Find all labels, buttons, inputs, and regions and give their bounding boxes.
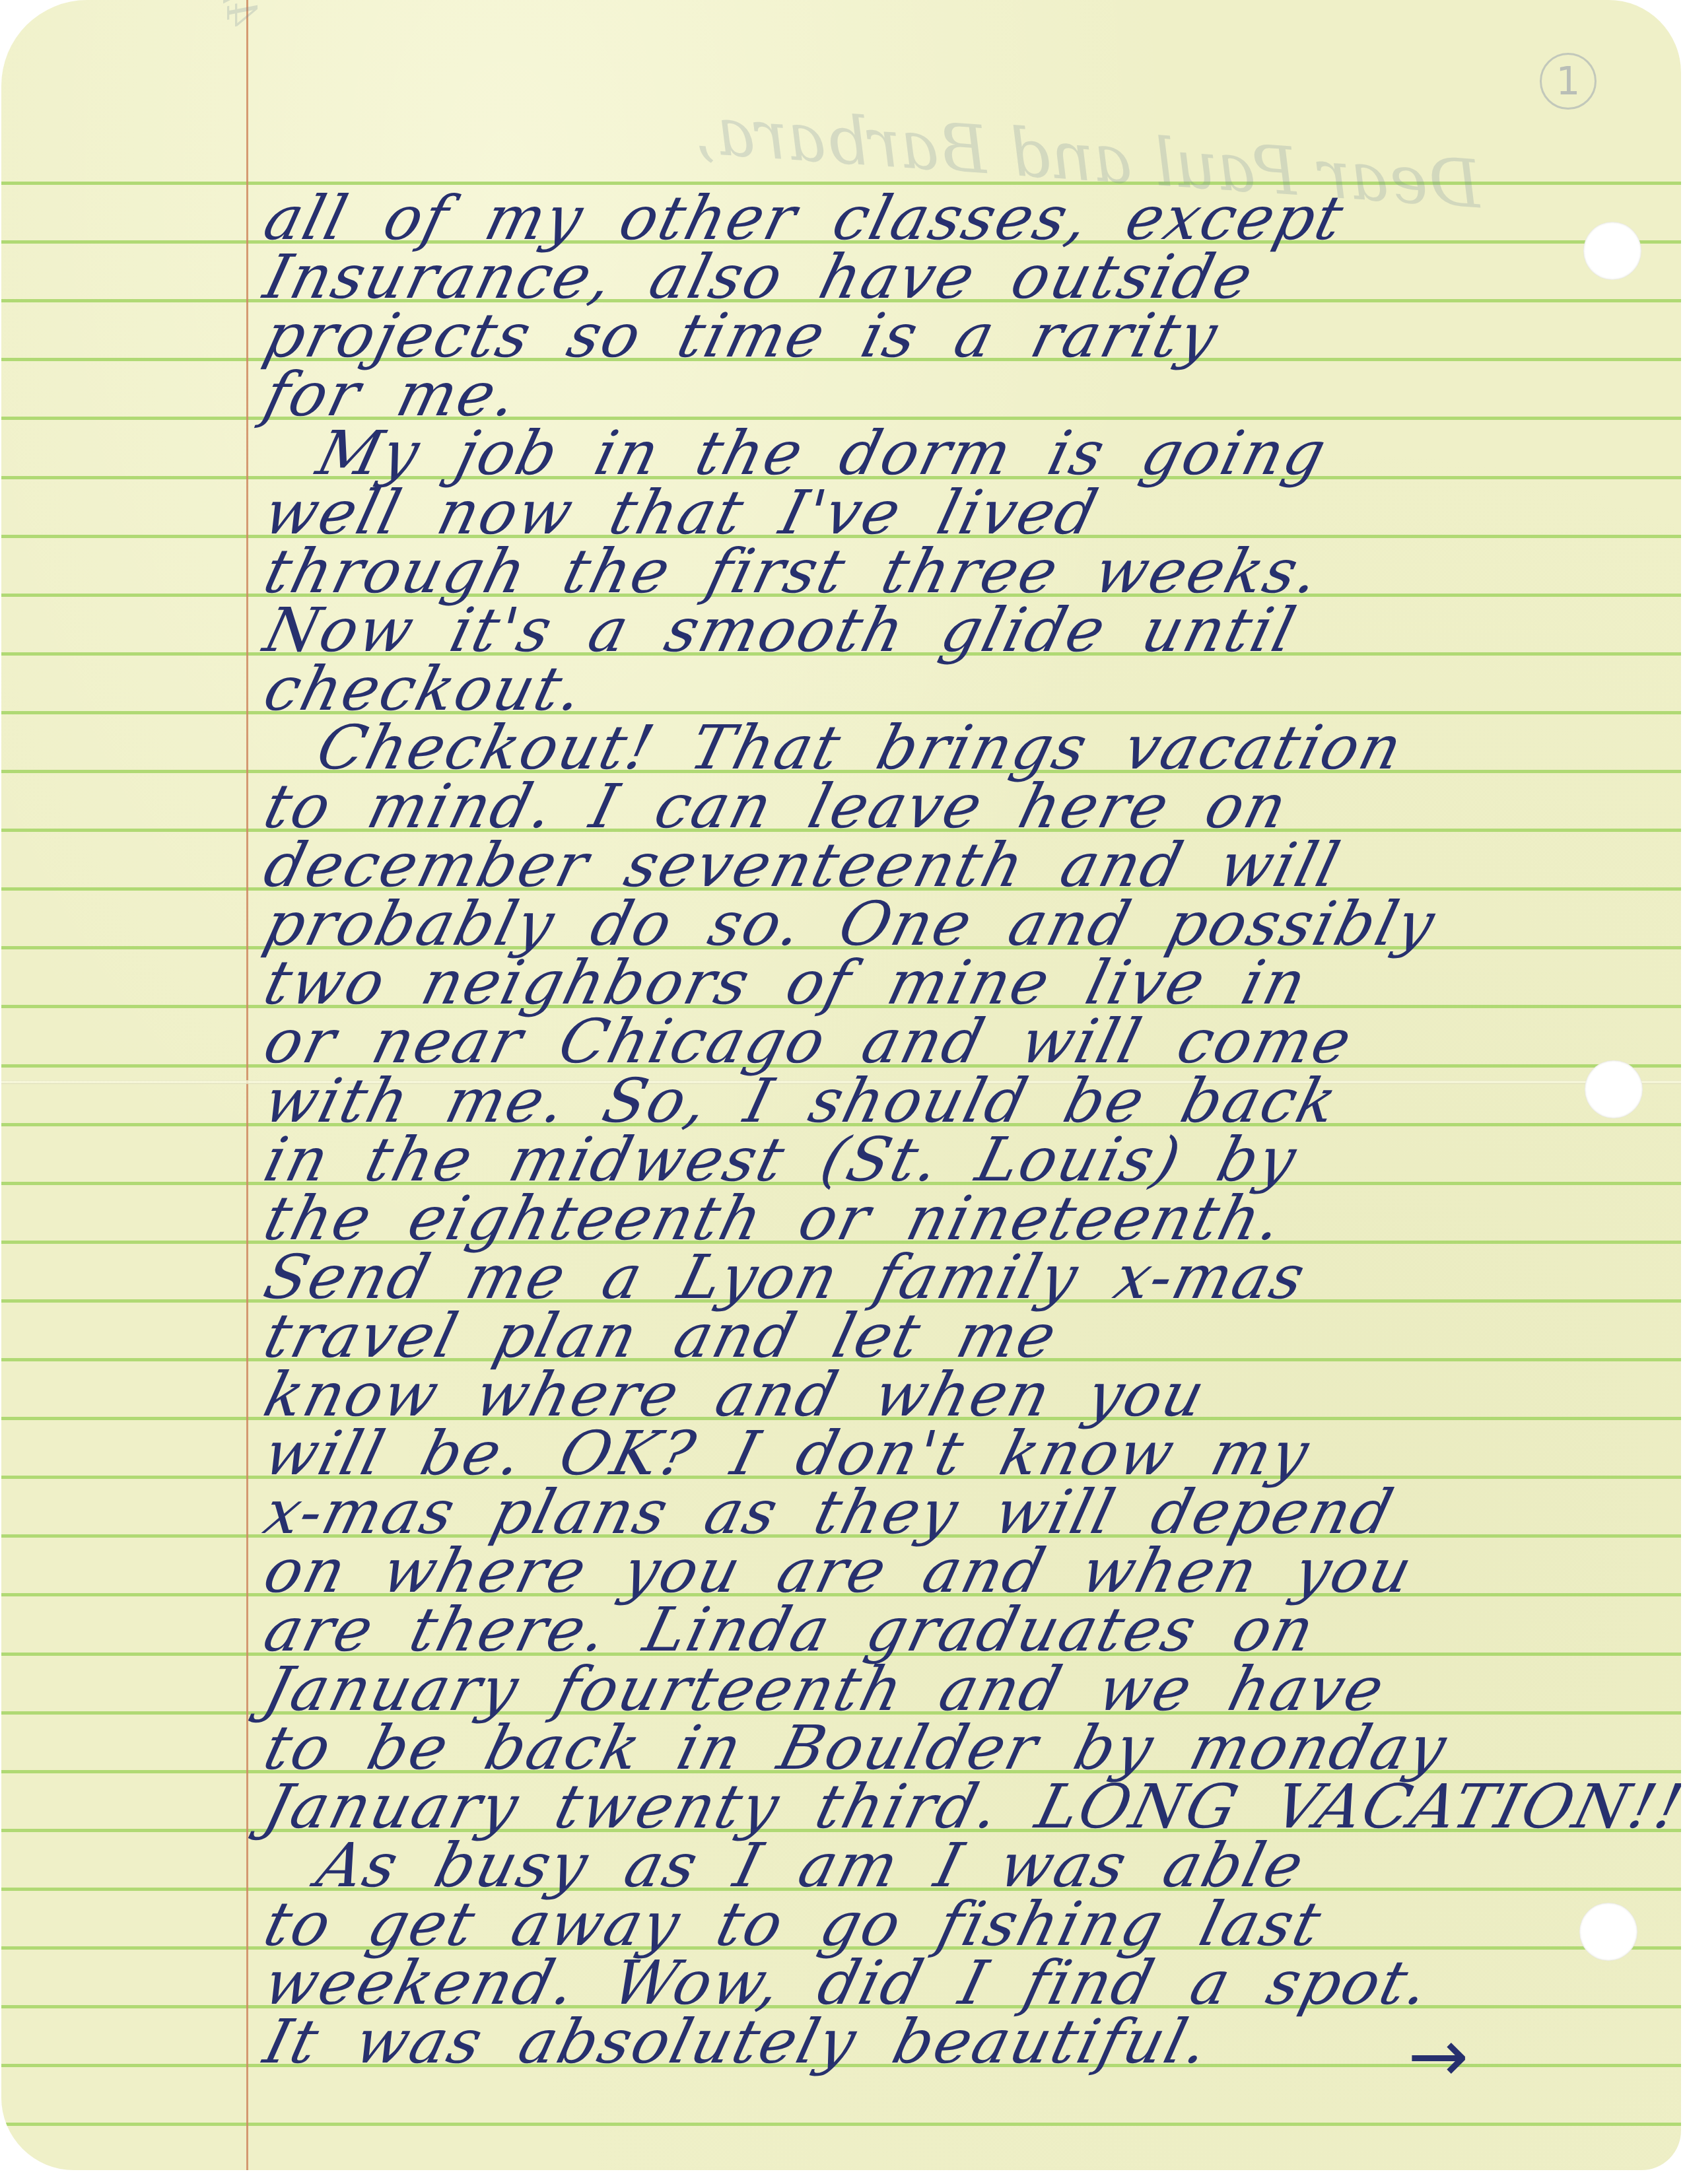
hole-punch-bottom [1579, 1903, 1637, 1961]
handwritten-line: two neighbors of mine live in [259, 953, 1313, 1012]
handwritten-line: for me. [259, 365, 525, 424]
handwritten-line: december seventeenth and will [259, 836, 1346, 895]
handwritten-line: to be back in Boulder by monday [259, 1719, 1454, 1777]
handwritten-line: Insurance, also have outside [259, 248, 1260, 306]
faint-date: 4/2/77 [217, 0, 265, 26]
handwritten-line: well now that I've lived [259, 483, 1105, 542]
handwritten-line: or near Chicago and will come [259, 1012, 1359, 1071]
handwritten-line: know where and when you [259, 1365, 1212, 1424]
hole-punch-middle [1585, 1060, 1643, 1118]
handwritten-line: will be. OK? I don't know my [259, 1424, 1316, 1483]
handwritten-line: As busy as I am I was able [312, 1836, 1311, 1895]
handwritten-line: travel plan and let me [259, 1307, 1064, 1365]
handwritten-line: on where you are and when you [259, 1542, 1419, 1600]
handwritten-line: Now it's a smooth glide until [259, 601, 1303, 660]
handwritten-line: to get away to go fishing last [259, 1895, 1328, 1954]
handwritten-line: probably do so. One and possibly [259, 895, 1442, 953]
handwritten-line: the eighteenth or nineteenth. [259, 1189, 1290, 1248]
hole-punch-top [1583, 222, 1641, 280]
handwritten-line: It was absolutely beautiful. [259, 2012, 1216, 2071]
page-number-circled: 1 [1540, 53, 1597, 110]
handwritten-line: Send me a Lyon family x-mas [259, 1248, 1312, 1307]
handwritten-line: through the first three weeks. [259, 542, 1326, 601]
handwritten-line: projects so time is a rarity [259, 306, 1225, 365]
handwritten-line: with me. So, I should be back [259, 1072, 1344, 1130]
handwritten-line: checkout. [259, 660, 591, 718]
handwritten-line: January twenty third. LONG VACATION!! [259, 1777, 1681, 1836]
handwritten-line: weekend. Wow, did I find a spot. [259, 1954, 1436, 2012]
ruled-line [1, 2123, 1681, 2126]
handwritten-line: My job in the dorm is going [312, 424, 1333, 483]
handwritten-line: all of my other classes, except [259, 189, 1350, 248]
handwritten-line: are there. Linda graduates on [259, 1600, 1321, 1659]
notebook-page: 4/2/77 Dear Paul and Barbara, 1 all of m… [1, 0, 1681, 2170]
margin-line [246, 0, 248, 2170]
handwritten-line: January fourteenth and we have [259, 1660, 1391, 1719]
handwritten-line: Checkout! That brings vacation [312, 718, 1409, 777]
continue-arrow-icon: → [1408, 2014, 1468, 2098]
handwritten-line: x-mas plans as they will depend [259, 1483, 1400, 1542]
handwritten-line: to mind. I can leave here on [259, 777, 1294, 836]
handwritten-line: in the midwest (St. Louis) by [259, 1130, 1303, 1189]
